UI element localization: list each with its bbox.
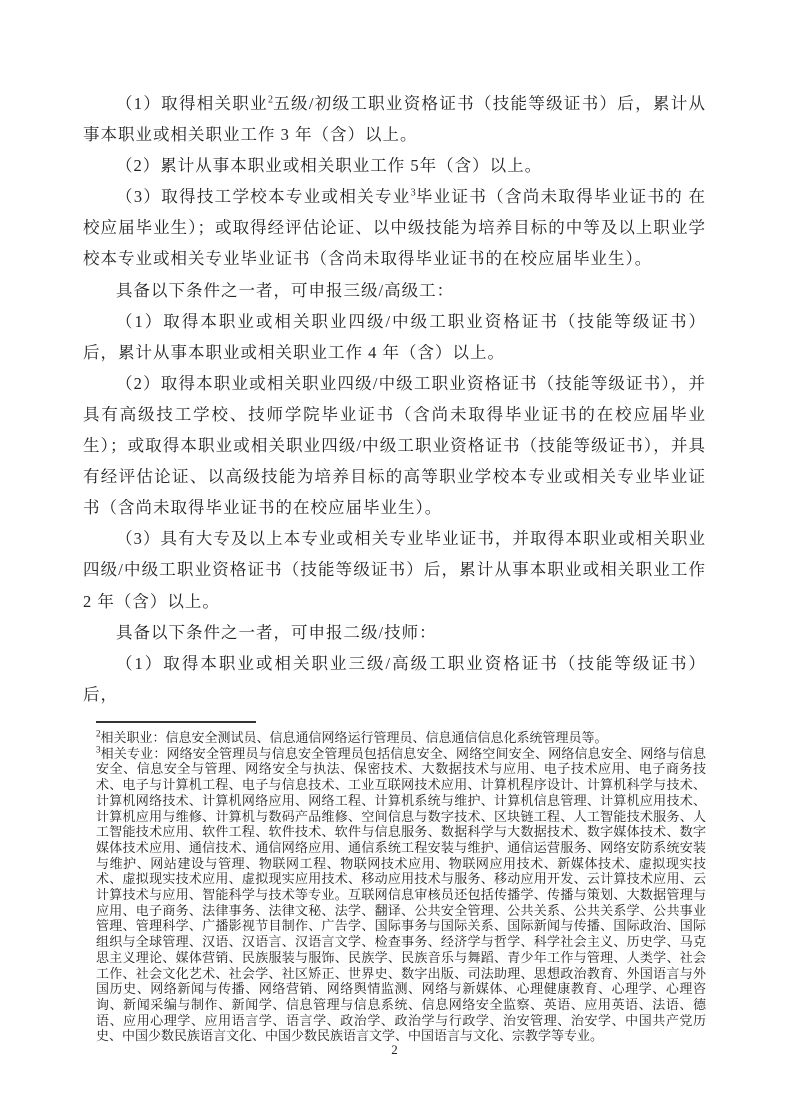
footnote-text: 相关专业：网络安全管理员与信息安全管理员包括信息安全、网络空间安全、网络信息安全…: [96, 746, 706, 1044]
body-paragraph-5: （1）取得本职业或相关职业四级/中级工职业资格证书（技能等级证书）后，累计从事本…: [83, 306, 706, 368]
document-page: （1）取得相关职业2五级/初级工职业资格证书（技能等级证书）后，累计从事本职业或…: [0, 0, 789, 1109]
body-paragraph-8: 具备以下条件之一者，可申报二级/技师：: [83, 617, 706, 648]
footnote-text: 相关职业：信息安全测试员、信息通信网络运行管理员、信息通信信息化系统管理员等。: [101, 730, 608, 745]
paragraph-text: （3）取得技工学校本专业或相关专业: [116, 187, 411, 206]
footnote-3: 3相关专业：网络安全管理员与信息安全管理员包括信息安全、网络空间安全、网络信息安…: [96, 746, 706, 1044]
body-paragraph-4: 具备以下条件之一者，可申报三级/高级工：: [83, 275, 706, 306]
paragraph-text: （1）取得相关职业: [116, 94, 268, 113]
footnote-2: 2相关职业：信息安全测试员、信息通信网络运行管理员、信息通信信息化系统管理员等。: [96, 730, 706, 746]
body-paragraph-7: （3）具有大专及以上本专业或相关专业毕业证书，并取得本职业或相关职业四级/中级工…: [83, 523, 706, 616]
footnote-section: 2相关职业：信息安全测试员、信息通信网络运行管理员、信息通信信息化系统管理员等。…: [96, 721, 706, 1044]
body-paragraph-2: （2）累计从事本职业或相关职业工作 5年（含）以上。: [83, 150, 706, 181]
page-number: 2: [0, 1042, 789, 1058]
body-paragraph-9: （1）取得本职业或相关职业三级/高级工职业资格证书（技能等级证书）后，: [83, 648, 706, 710]
footnote-separator: [96, 721, 256, 723]
body-paragraph-6: （2）取得本职业或相关职业四级/中级工职业资格证书（技能等级证书），并具有高级技…: [83, 368, 706, 523]
body-paragraph-3: （3）取得技工学校本专业或相关专业3毕业证书（含尚未取得毕业证书的 在校应届毕业…: [83, 181, 706, 274]
document-body: （1）取得相关职业2五级/初级工职业资格证书（技能等级证书）后，累计从事本职业或…: [83, 88, 706, 710]
body-paragraph-1: （1）取得相关职业2五级/初级工职业资格证书（技能等级证书）后，累计从事本职业或…: [83, 88, 706, 150]
